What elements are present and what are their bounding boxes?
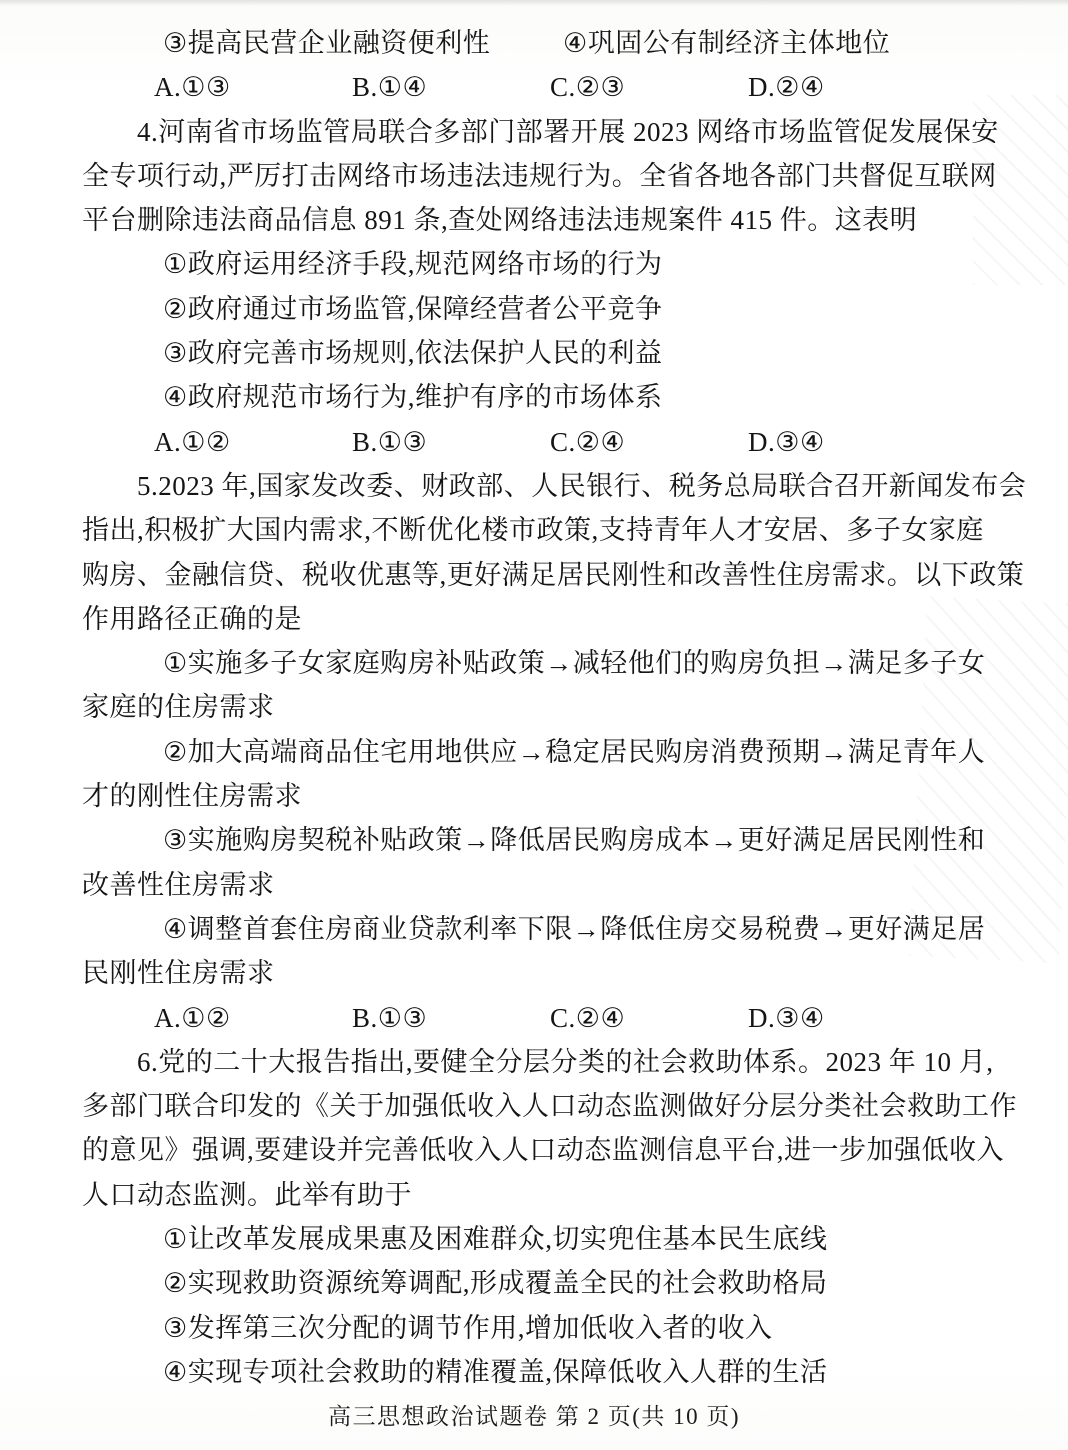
option-A: A.①② bbox=[154, 420, 231, 464]
text-line: 作用路径正确的是 bbox=[82, 597, 985, 641]
option-B: B.①③ bbox=[352, 420, 427, 464]
choice-item-line: ④调整首套住房商业贷款利率下限→降低住房交易税费→更好满足居 bbox=[82, 907, 985, 951]
text-line: 才的刚性住房需求 bbox=[82, 774, 985, 818]
option-C: C.②④ bbox=[550, 996, 625, 1040]
option-D: D.③④ bbox=[748, 420, 825, 464]
text-line: 改善性住房需求 bbox=[82, 863, 985, 907]
option-D: D.②④ bbox=[748, 65, 825, 109]
text-line: 全专项行动,严厉打击网络市场违法违规行为。全省各地各部门共督促互联网 bbox=[82, 154, 985, 198]
choice-item-line: ①政府运用经济手段,规范网络市场的行为 bbox=[82, 242, 985, 286]
option-C: C.②④ bbox=[550, 420, 625, 464]
option-A: A.①② bbox=[154, 996, 231, 1040]
choice-item-line: ③政府完善市场规则,依法保护人民的利益 bbox=[82, 331, 985, 375]
question-stem-line: 4.河南省市场监管局联合多部门部署开展 2023 网络市场监管促发展保安 bbox=[82, 110, 985, 154]
exam-paper-page: ③提高民营企业融资便利性④巩固公有制经济主体地位A.①③B.①④C.②③D.②④… bbox=[0, 0, 1068, 1450]
option-B: B.①③ bbox=[352, 996, 427, 1040]
text-line: 人口动态监测。此举有助于 bbox=[82, 1173, 985, 1217]
text-line: 指出,积极扩大国内需求,不断优化楼市政策,支持青年人才安居、多子女家庭 bbox=[82, 508, 985, 552]
scan-edge-shadow bbox=[0, 0, 1068, 6]
option-A: A.①③ bbox=[154, 65, 231, 109]
text-line: 平台删除违法商品信息 891 条,查处网络违法违规案件 415 件。这表明 bbox=[82, 198, 985, 242]
text-line: 的意见》强调,要建设并完善低收入人口动态监测信息平台,进一步加强低收入 bbox=[82, 1128, 985, 1172]
exam-text-block: ③提高民营企业融资便利性④巩固公有制经济主体地位A.①③B.①④C.②③D.②④… bbox=[82, 21, 985, 1394]
option-B: B.①④ bbox=[352, 65, 427, 109]
text-line: 多部门联合印发的《关于加强低收入人口动态监测做好分层分类社会救助工作 bbox=[82, 1084, 985, 1128]
question-stem-line: 6.党的二十大报告指出,要健全分层分类的社会救助体系。2023 年 10 月, bbox=[82, 1040, 985, 1084]
choice-item: ③提高民营企业融资便利性 bbox=[163, 21, 490, 65]
choice-item-line: ②加大高端商品住宅用地供应→稳定居民购房消费预期→满足青年人 bbox=[82, 730, 985, 774]
page-footer: 高三思想政治试题卷 第 2 页(共 10 页) bbox=[0, 1398, 1068, 1431]
choice-item: ④巩固公有制经济主体地位 bbox=[563, 21, 890, 65]
question-stem-line: 5.2023 年,国家发改委、财政部、人民银行、税务总局联合召开新闻发布会 bbox=[82, 464, 985, 508]
option-D: D.③④ bbox=[748, 996, 825, 1040]
answer-options-row: A.①②B.①③C.②④D.③④ bbox=[82, 420, 985, 464]
choice-item-line: ③发挥第三次分配的调节作用,增加低收入者的收入 bbox=[82, 1306, 985, 1350]
option-C: C.②③ bbox=[550, 65, 625, 109]
choice-item-line: ④实现专项社会救助的精准覆盖,保障低收入人群的生活 bbox=[82, 1350, 985, 1394]
choice-item-line: ②政府通过市场监管,保障经营者公平竞争 bbox=[82, 287, 985, 331]
choice-item-line: ②实现救助资源统筹调配,形成覆盖全民的社会救助格局 bbox=[82, 1261, 985, 1305]
answer-options-row: A.①②B.①③C.②④D.③④ bbox=[82, 996, 985, 1040]
choice-item-line: ③实施购房契税补贴政策→降低居民购房成本→更好满足居民刚性和 bbox=[82, 818, 985, 862]
text-line: 民刚性住房需求 bbox=[82, 951, 985, 995]
choice-pair-row: ③提高民营企业融资便利性④巩固公有制经济主体地位 bbox=[82, 21, 985, 65]
choice-item-line: ①实施多子女家庭购房补贴政策→减轻他们的购房负担→满足多子女 bbox=[82, 641, 985, 685]
choice-item-line: ①让改革发展成果惠及困难群众,切实兜住基本民生底线 bbox=[82, 1217, 985, 1261]
text-line: 家庭的住房需求 bbox=[82, 685, 985, 729]
choice-item-line: ④政府规范市场行为,维护有序的市场体系 bbox=[82, 375, 985, 419]
text-line: 购房、金融信贷、税收优惠等,更好满足居民刚性和改善性住房需求。以下政策 bbox=[82, 553, 985, 597]
answer-options-row: A.①③B.①④C.②③D.②④ bbox=[82, 65, 985, 109]
